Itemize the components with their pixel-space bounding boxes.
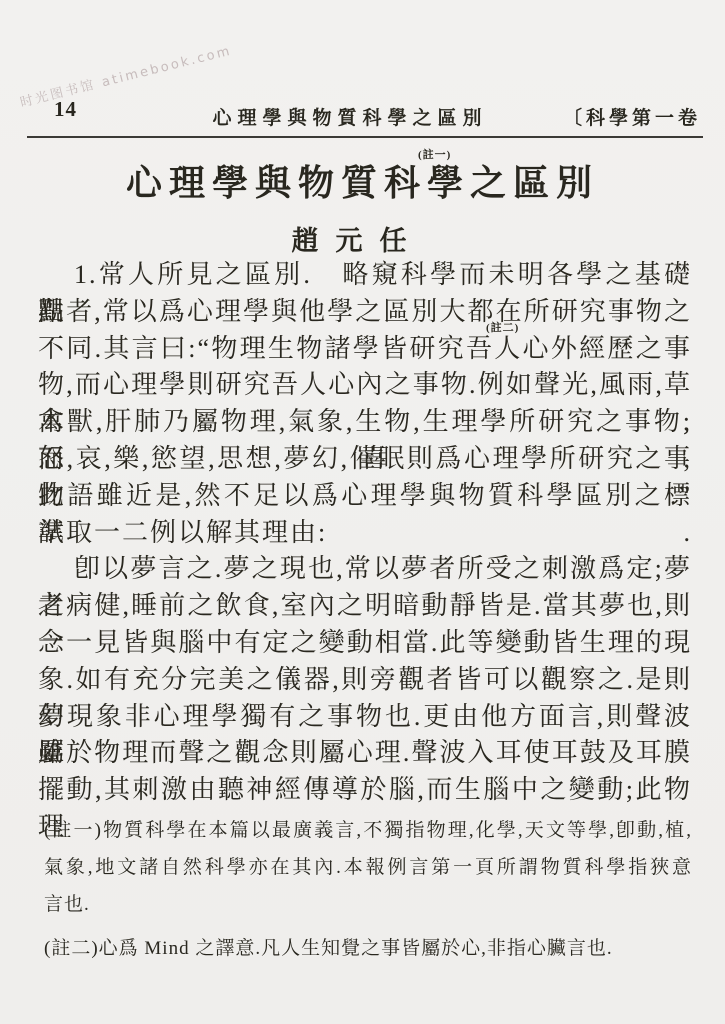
body-line: 幻現象非心理學獨有之事物也.更由他方面言,則聲波雖 bbox=[38, 699, 692, 736]
footnote-1-line: (註一)物質科學在本篇以最廣義言,不獨指物理,化學,天文等學,卽動,植, bbox=[44, 812, 692, 849]
body-line: 屬於物理而聲之觀念則屬心理.聲波入耳使耳鼓及耳膜 bbox=[38, 735, 692, 772]
body-line: 念一見皆與腦中有定之變動相當.此等變動皆生理的現 bbox=[38, 625, 692, 662]
body-line: 此語雖近是,然不足以爲心理學與物質科學區別之標準. bbox=[38, 478, 692, 515]
footnote-1-line: 言也. bbox=[44, 886, 692, 923]
footnote-2-line: (註二)心爲 Mind 之譯意.凡人生知覺之事皆屬於心,非指心臟言也. bbox=[44, 930, 692, 967]
volume-label: 〔科學第一卷 bbox=[563, 103, 701, 130]
body-line: 點者,常以爲心理學與他學之區別大都在所研究事物之 bbox=[38, 294, 692, 331]
library-watermark: 时光图书馆 atimebook.com bbox=[18, 40, 234, 111]
footnotes-block: (註一)物質科學在本篇以最廣義言,不獨指物理,化學,天文等學,卽動,植, 氣象,… bbox=[44, 812, 692, 967]
footnote-1-line: 氣象,地文諸自然科學亦在其內.本報例言第一頁所謂物質科學指狹意 bbox=[44, 849, 692, 886]
body-line: 禽獸,肝肺乃屬物理,氣象,生物,生理學所研究之事物;而喜, bbox=[38, 404, 692, 441]
article-title: 心理學與物質科學之區別 bbox=[0, 155, 725, 206]
article-body: 1.常人所見之區別. 略窺科學而未明各學之基礎觀 點者,常以爲心理學與他學之區別… bbox=[38, 257, 692, 809]
body-line: 怒,哀,樂,慾望,思想,夢幻,催眠則爲心理學所研究之事物.” bbox=[38, 441, 692, 478]
body-line: 象.如有充分完美之儀器,則旁觀者皆可以觀察之.是則夢 bbox=[38, 662, 692, 699]
scanned-document-page: 时光图书馆 atimebook.com 14 心理學與物質科學之區別 〔科學第一… bbox=[0, 0, 725, 1024]
header-rule bbox=[27, 136, 703, 138]
inline-footnote-marker: (註二) bbox=[486, 319, 519, 335]
author-name: 趙元任 bbox=[0, 219, 715, 258]
body-line: 不同.其言曰:“物理生物諸學皆研究吾人心外經歷之事 bbox=[38, 331, 692, 368]
body-line: 之病健,睡前之飲食,室內之明暗動靜皆是.當其夢也,則一 bbox=[38, 588, 692, 625]
body-line: 卽以夢言之.夢之現也,常以夢者所受之刺激爲定;夢者 bbox=[38, 551, 692, 588]
body-line: 1.常人所見之區別. 略窺科學而未明各學之基礎觀 bbox=[38, 257, 692, 294]
body-line: 物,而心理學則研究吾人心內之事物.例如聲光,風雨,草木, bbox=[38, 367, 692, 404]
body-line: 擺動,其刺激由聽神經傳導於腦,而生腦中之變動;此物理 bbox=[38, 772, 692, 809]
